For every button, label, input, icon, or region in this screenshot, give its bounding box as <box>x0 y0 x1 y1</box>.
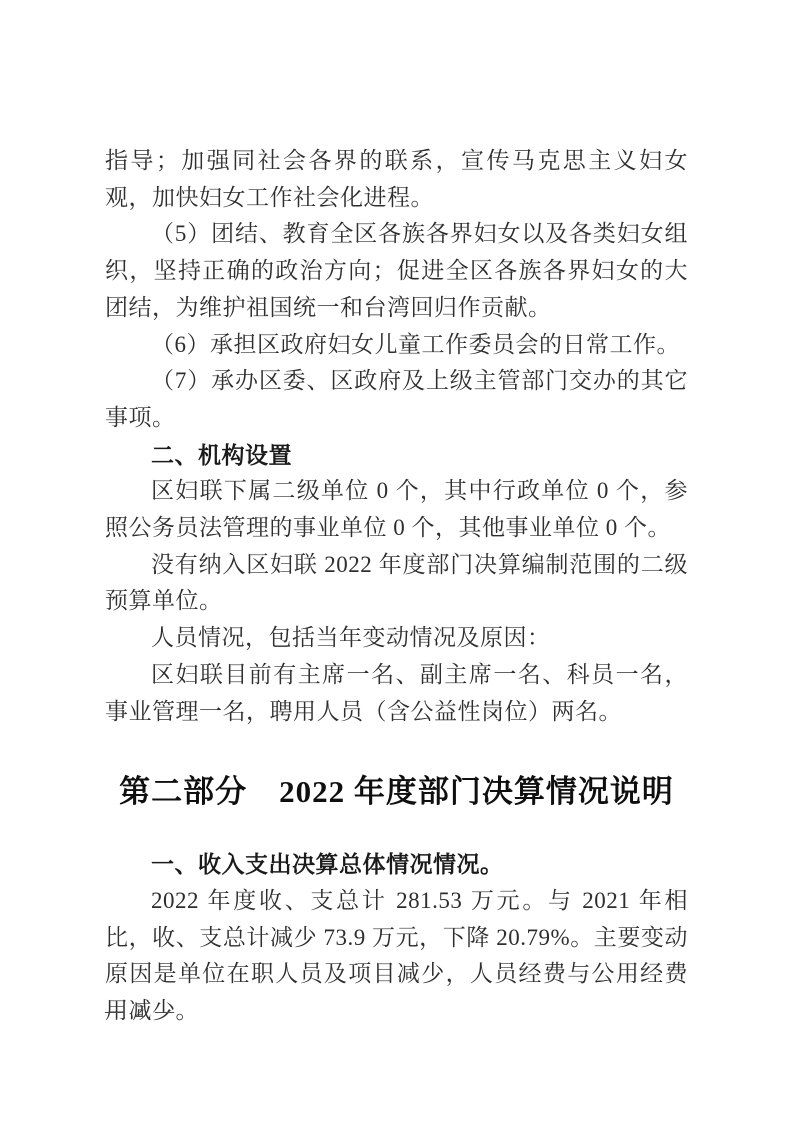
body-paragraph-revenue-expenditure-summary: 2022 年度收、支总计 281.53 万元。与 2021 年相比，收、支总计减… <box>105 883 688 1030</box>
section-heading-organization-setup: 二、机构设置 <box>105 437 688 474</box>
document-page: 指导；加强同社会各界的联系，宣传马克思主义妇女观，加快妇女工作社会化进程。 （5… <box>0 0 793 1122</box>
page-number: — 2 — <box>105 1000 177 1024</box>
part-two-title: 第二部分 2022 年度部门决算情况说明 <box>105 768 688 816</box>
body-paragraph-guidance-continuation: 指导；加强同社会各界的联系，宣传马克思主义妇女观，加快妇女工作社会化进程。 <box>105 143 688 216</box>
body-paragraph-personnel-detail: 区妇联目前有主席一名、副主席一名、科员一名，事业管理一名，聘用人员（含公益性岗位… <box>105 657 688 730</box>
document-content: 指导；加强同社会各界的联系，宣传马克思主义妇女观，加快妇女工作社会化进程。 （5… <box>105 143 688 1030</box>
section-heading-revenue-expenditure-overview: 一、收入支出决算总体情况情况。 <box>105 846 688 883</box>
body-paragraph-personnel-intro: 人员情况，包括当年变动情况及原因： <box>105 620 688 657</box>
body-paragraph-duty-6: （6）承担区政府妇女儿童工作委员会的日常工作。 <box>105 327 688 364</box>
body-paragraph-subordinate-units: 区妇联下属二级单位 0 个，其中行政单位 0 个，参照公务员法管理的事业单位 0… <box>105 473 688 546</box>
body-paragraph-duty-5: （5）团结、教育全区各族各界妇女以及各类妇女组织，坚持正确的政治方向；促进全区各… <box>105 216 688 326</box>
body-paragraph-budget-scope: 没有纳入区妇联 2022 年度部门决算编制范围的二级预算单位。 <box>105 547 688 620</box>
body-paragraph-duty-7: （7）承办区委、区政府及上级主管部门交办的其它事项。 <box>105 363 688 436</box>
